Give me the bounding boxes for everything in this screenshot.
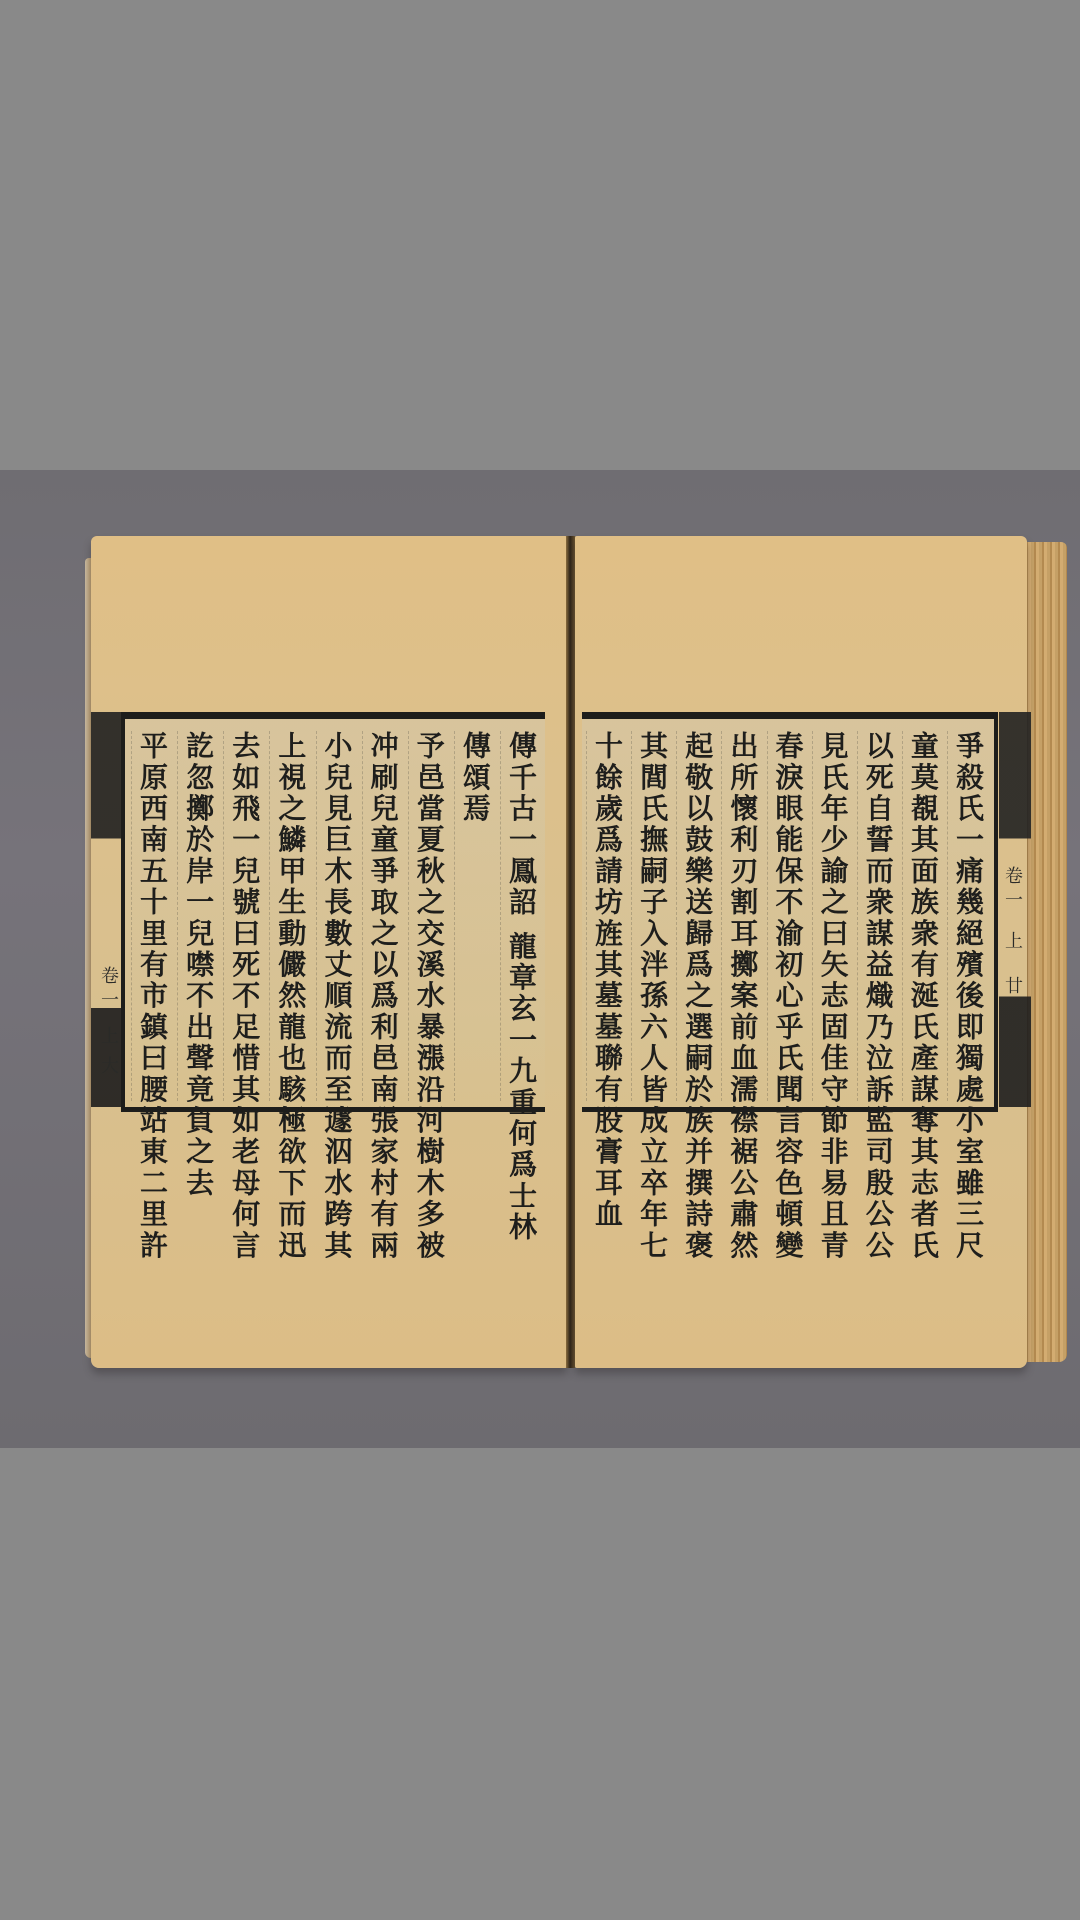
text-column: 上視之鱗甲生動儼然龍也駭極欲下而迅	[269, 731, 310, 1101]
text-column: 出所懷利刃割耳擲案前血濡襟裾公肅然	[721, 731, 762, 1101]
left-page-text-frame: 傳千古一鳳詔 龍章玄一九重何爲士林 傳頌焉 予邑當夏秋之交溪水暴漲沿河樹木多被 …	[121, 712, 545, 1112]
text-column: 以死自誓而衆謀益熾乃泣訴監司殷公公	[857, 731, 898, 1101]
right-page-text-frame: 爭殺氏一痛幾絕殯後即獨處小室雖三尺 童莫覩其面族衆有涎氏產謀奪其志者氏 以死自誓…	[582, 712, 998, 1112]
text-column: 予邑當夏秋之交溪水暴漲沿河樹木多被	[408, 731, 449, 1101]
book-photograph: 卷一 上 大 傳千古一鳳詔 龍章玄一九重何爲士林 傳頌焉 予邑當夏秋之交溪水暴漲…	[0, 470, 1080, 1448]
text-column: 傳千古一鳳詔 龍章玄一九重何爲士林	[500, 731, 541, 1101]
text-column: 傳頌焉	[454, 731, 495, 1101]
text-column: 訖忽擲於岸一兒噤不出聲竟負之去	[177, 731, 218, 1101]
text-column: 爭殺氏一痛幾絕殯後即獨處小室雖三尺	[947, 731, 988, 1101]
text-column: 小兒見巨木長數丈順流而至遽泅水跨其	[316, 731, 357, 1101]
left-page-section-marker: 上	[95, 1026, 121, 1050]
right-page-section-marker: 上	[999, 931, 1025, 955]
text-column: 起敬以鼓樂送歸爲之選嗣於族并撰詩褒	[676, 731, 717, 1101]
text-column: 其閭氏撫嗣子入泮孫六人皆成立卒年七	[631, 731, 672, 1101]
text-column: 平原西南五十里有市鎮曰腰站東二里許	[131, 731, 172, 1101]
open-book: 卷一 上 大 傳千古一鳳詔 龍章玄一九重何爲士林 傳頌焉 予邑當夏秋之交溪水暴漲…	[85, 536, 1075, 1366]
right-page-text-columns: 爭殺氏一痛幾絕殯後即獨處小室雖三尺 童莫覩其面族衆有涎氏產謀奪其志者氏 以死自誓…	[586, 731, 988, 1101]
left-page-volume-marker: 卷一	[95, 966, 121, 1014]
text-column: 去如飛一兒號曰死不足惜其如老母何言	[223, 731, 264, 1101]
right-page-folio-marker: 廿	[999, 976, 1025, 1000]
book-gutter	[566, 536, 575, 1368]
left-page-text-columns: 傳千古一鳳詔 龍章玄一九重何爲士林 傳頌焉 予邑當夏秋之交溪水暴漲沿河樹木多被 …	[131, 731, 541, 1101]
left-page-folio-marker: 大	[95, 1056, 121, 1080]
text-column: 童莫覩其面族衆有涎氏產謀奪其志者氏	[902, 731, 943, 1101]
right-page: 爭殺氏一痛幾絕殯後即獨處小室雖三尺 童莫覩其面族衆有涎氏產謀奪其志者氏 以死自誓…	[575, 536, 1027, 1368]
right-page-volume-marker: 卷一	[999, 866, 1025, 914]
text-column: 春淚眼能保不渝初心乎氏聞言容色頓變	[767, 731, 808, 1101]
text-column: 見氏年少諭之曰矢志固佳守節非易且青	[812, 731, 853, 1101]
text-column: 十餘歲爲請坊旌其墓墓聯有股膏耳血	[586, 731, 627, 1101]
text-column: 冲刷兒童爭取之以爲利邑南張家村有兩	[362, 731, 403, 1101]
left-page: 卷一 上 大 傳千古一鳳詔 龍章玄一九重何爲士林 傳頌焉 予邑當夏秋之交溪水暴漲…	[91, 536, 567, 1368]
